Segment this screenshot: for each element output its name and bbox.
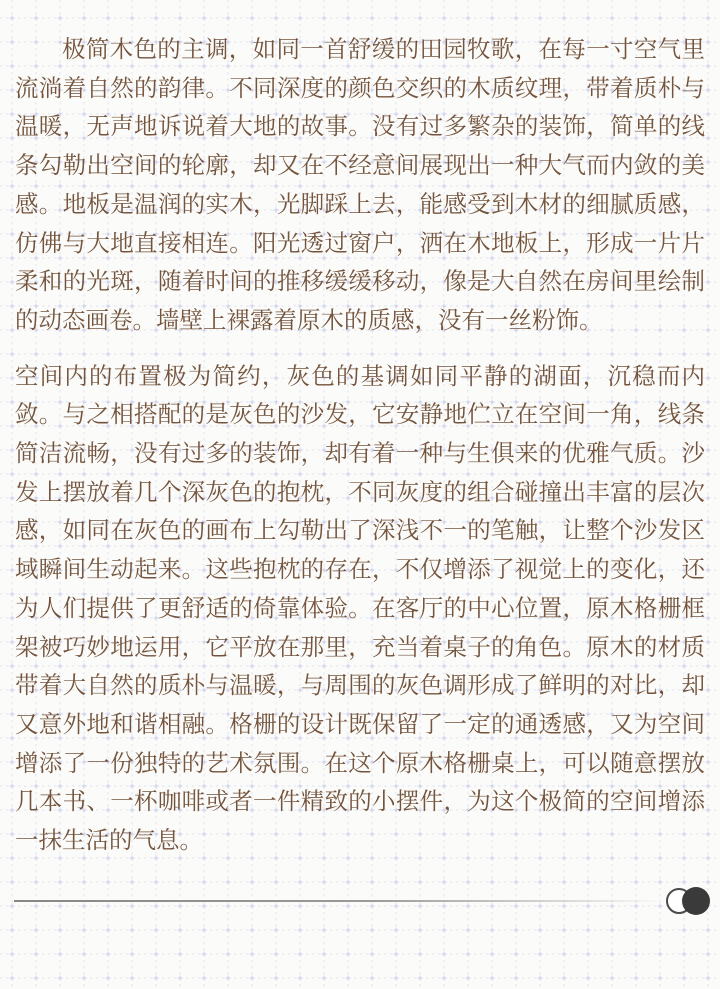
- paragraph-wood-tone: 极简木色的主调，如同一首舒缓的田园牧歌，在每一寸空气里流淌着自然的韵律。不同深度…: [15, 30, 705, 340]
- article: 极简木色的主调，如同一首舒缓的田园牧歌，在每一寸空气里流淌着自然的韵律。不同深度…: [0, 0, 720, 860]
- footer-divider: [14, 900, 658, 902]
- paragraph-gray-layout: 空间内的布置极为简约，灰色的基调如同平静的湖面，沉稳而内敛。与之相搭配的是灰色的…: [15, 357, 705, 860]
- footer: [14, 887, 710, 915]
- eclipse-filled-circle-icon: [682, 887, 710, 915]
- theme-toggle-button[interactable]: [666, 887, 710, 915]
